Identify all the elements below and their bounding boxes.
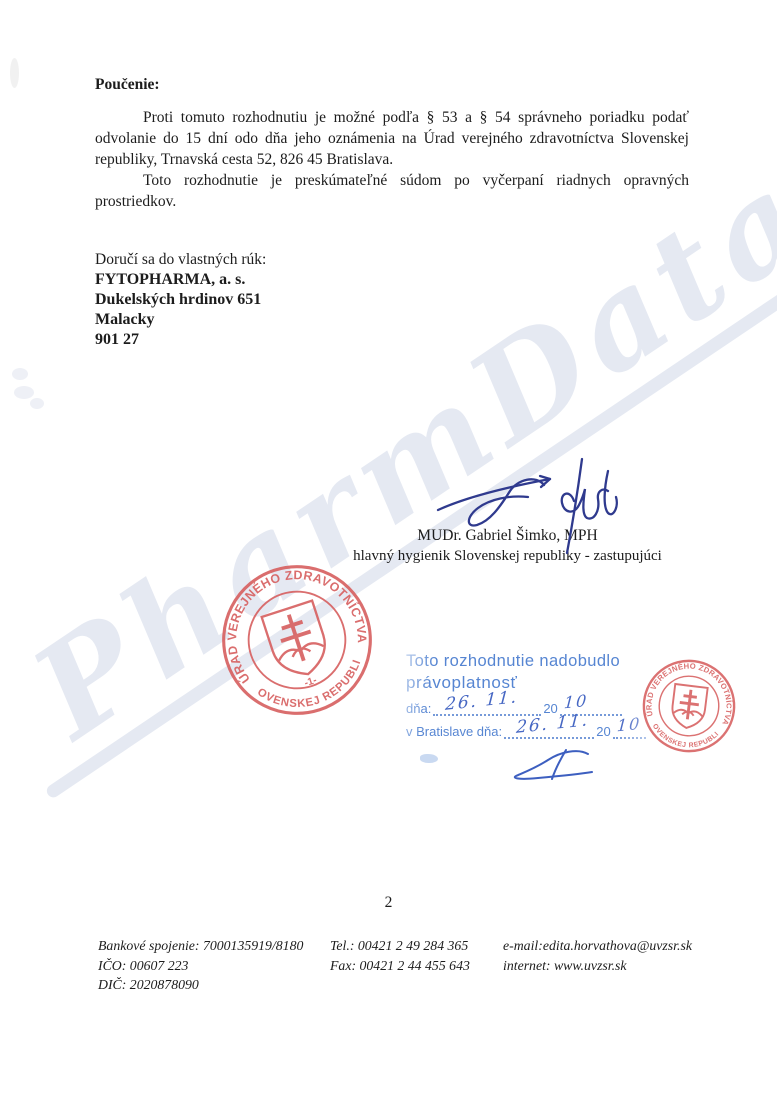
notice-paragraph-line: odvolanie do 15 dní odo dňa jeho oznámen… — [95, 128, 689, 149]
footer-internet: internet: www.uvzsr.sk — [503, 956, 692, 976]
year-blank: 10 — [613, 724, 646, 739]
stamp-center-mark: -1- — [303, 675, 318, 689]
delivery-section: Doručí sa do vlastných rúk: FYTOPHARMA, … — [95, 250, 689, 350]
year-prefix: 20 — [596, 724, 610, 739]
footer-email: e-mail:edita.horvathova@uvzsr.sk — [503, 936, 692, 956]
validity-date-row: dňa: 26. 11. 20 10 — [406, 701, 648, 716]
notice-paragraph-line: Proti tomuto rozhodnutiu je možné podľa … — [95, 107, 689, 128]
official-round-stamp-right: ÚRAD VEREJNÉHO ZDRAVOTNÍCTVA SLOVENSKEJ … — [636, 653, 743, 760]
notice-section: Poučenie: Proti tomuto rozhodnutiu je mo… — [95, 76, 689, 212]
validity-bratislava-row: v Bratislave dňa: 26. 11. 20 10 — [406, 724, 648, 739]
validity-stamp: Toto rozhodnutie nadobudlo právoplatnosť… — [406, 652, 648, 739]
footer-dic: DIČ: 2020878090 — [98, 975, 303, 995]
date-blank: 26. 11. — [504, 724, 594, 739]
scan-artifact — [14, 386, 34, 399]
page-number: 2 — [0, 894, 777, 912]
notice-paragraph-line: Toto rozhodnutie je preskúmateľné súdom … — [95, 170, 689, 191]
validity-stamp-line1: Toto rozhodnutie nadobudlo — [406, 652, 648, 671]
scan-artifact — [10, 58, 19, 88]
signature-scribble — [432, 455, 632, 560]
footer-tel: Tel.: 00421 2 49 284 365 — [330, 936, 470, 956]
handwritten-year: 10 — [616, 714, 642, 736]
footer-column-phone: Tel.: 00421 2 49 284 365 Fax: 00421 2 44… — [330, 936, 470, 975]
validity-stamp-line2: právoplatnosť — [406, 673, 648, 693]
handwritten-initial — [508, 748, 600, 782]
footer-ico: IČO: 00607 223 — [98, 956, 303, 976]
footer-column-web: e-mail:edita.horvathova@uvzsr.sk interne… — [503, 936, 692, 975]
notice-paragraph-line: prostriedkov. — [95, 191, 689, 212]
ink-smudge — [420, 754, 438, 763]
scan-artifact — [12, 368, 28, 380]
notice-heading: Poučenie: — [95, 76, 689, 94]
document-page: PharmData s. r. o. Poučenie: Proti tomut… — [0, 0, 777, 1100]
footer-column-bank: Bankové spojenie: 7000135919/8180 IČO: 0… — [98, 936, 303, 995]
delivery-intro: Doručí sa do vlastných rúk: — [95, 250, 689, 270]
date-blank: 26. 11. — [433, 701, 541, 716]
handwritten-year: 10 — [563, 691, 589, 713]
scan-artifact — [30, 398, 44, 409]
footer-fax: Fax: 00421 2 44 455 643 — [330, 956, 470, 976]
delivery-street: Dukelských hrdinov 651 — [95, 290, 689, 310]
delivery-zip: 901 27 — [95, 330, 689, 350]
bratislava-label: v Bratislave dňa: — [406, 724, 502, 739]
footer-bank: Bankové spojenie: 7000135919/8180 — [98, 936, 303, 956]
delivery-company: FYTOPHARMA, a. s. — [95, 270, 689, 290]
date-label: dňa: — [406, 701, 431, 716]
delivery-city: Malacky — [95, 310, 689, 330]
notice-paragraph-line: republiky, Trnavská cesta 52, 826 45 Bra… — [95, 149, 689, 170]
